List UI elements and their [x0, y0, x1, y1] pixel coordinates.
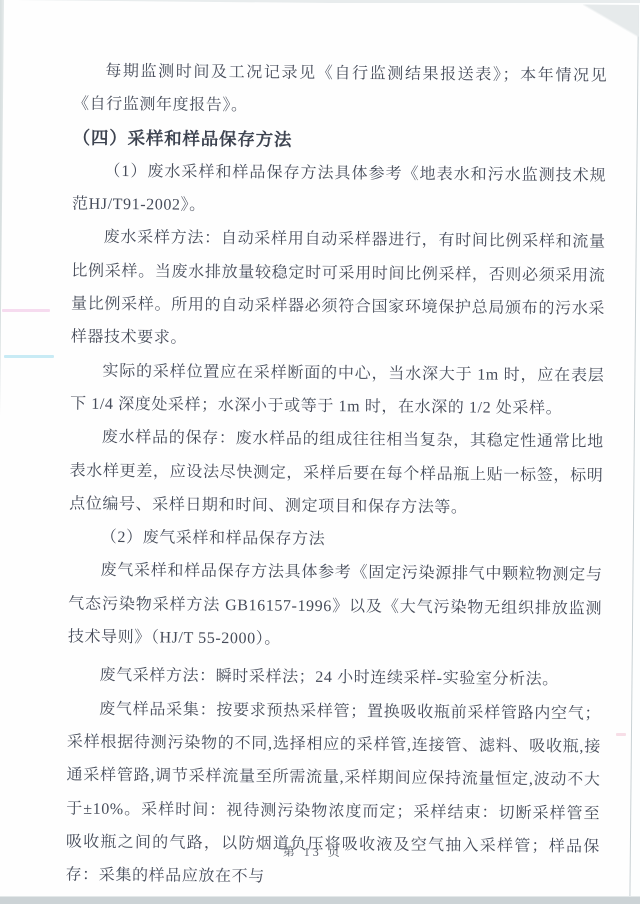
scan-edge-bottom: [0, 896, 640, 904]
scanned-document-page: 每期监测时间及工况记录见《自行监测结果报送表》；本年情况见《自行监测年度报告》。…: [0, 0, 640, 904]
paragraph-exhaust-gas-collection: 废气样品采集：按要求预热采样管；置换吸收瓶前采样管路内空气；采样根据待测污染物的…: [65, 692, 601, 897]
paragraph-wastewater-sample-storage: 废水样品的保存：废水样品的组成往往相当复杂，其稳定性通常比地表水样更差，应设法尽…: [69, 421, 604, 526]
paragraph-subheading-exhaust-gas: （2）废气采样和样品保存方法: [69, 521, 603, 559]
scan-artifact-cyan-line: [4, 355, 54, 358]
paper-sheet: 每期监测时间及工况记录见《自行监测结果报送表》；本年情况见《自行监测年度报告》。…: [0, 0, 639, 904]
scan-artifact-pink-speck: [616, 733, 626, 736]
paragraph-wastewater-reference: （1）废水采样和样品保存方法具体参考《地表水和污水监测技术规范HJ/T91-20…: [72, 154, 607, 226]
paragraph-sampling-position: 实际的采样位置应在采样断面的中心，当水深大于 1m 时，应在表层下 1/4 深度…: [70, 354, 605, 426]
paragraph-exhaust-gas-method: 废气采样方法：瞬时采样法；24 小时连续采样-实验室分析法。: [67, 659, 601, 697]
section-heading-sampling-methods: （四）采样和样品保存方法: [73, 121, 607, 159]
paragraph-exhaust-gas-reference: 废气采样和样品保存方法具体参考《固定污染源排气中颗粒物测定与气态污染物采样方法 …: [68, 554, 603, 659]
document-body: 每期监测时间及工况记录见《自行监测结果报送表》；本年情况见《自行监测年度报告》。…: [0, 0, 638, 897]
paragraph-monitoring-records: 每期监测时间及工况记录见《自行监测结果报送表》；本年情况见《自行监测年度报告》。: [73, 55, 608, 127]
paragraph-wastewater-sampling-method: 废水采样方法：自动采样用自动采样器进行，有时间比例采样和流量比例采样。当废水排放…: [71, 221, 606, 359]
scan-artifact-pink-line: [2, 309, 50, 312]
